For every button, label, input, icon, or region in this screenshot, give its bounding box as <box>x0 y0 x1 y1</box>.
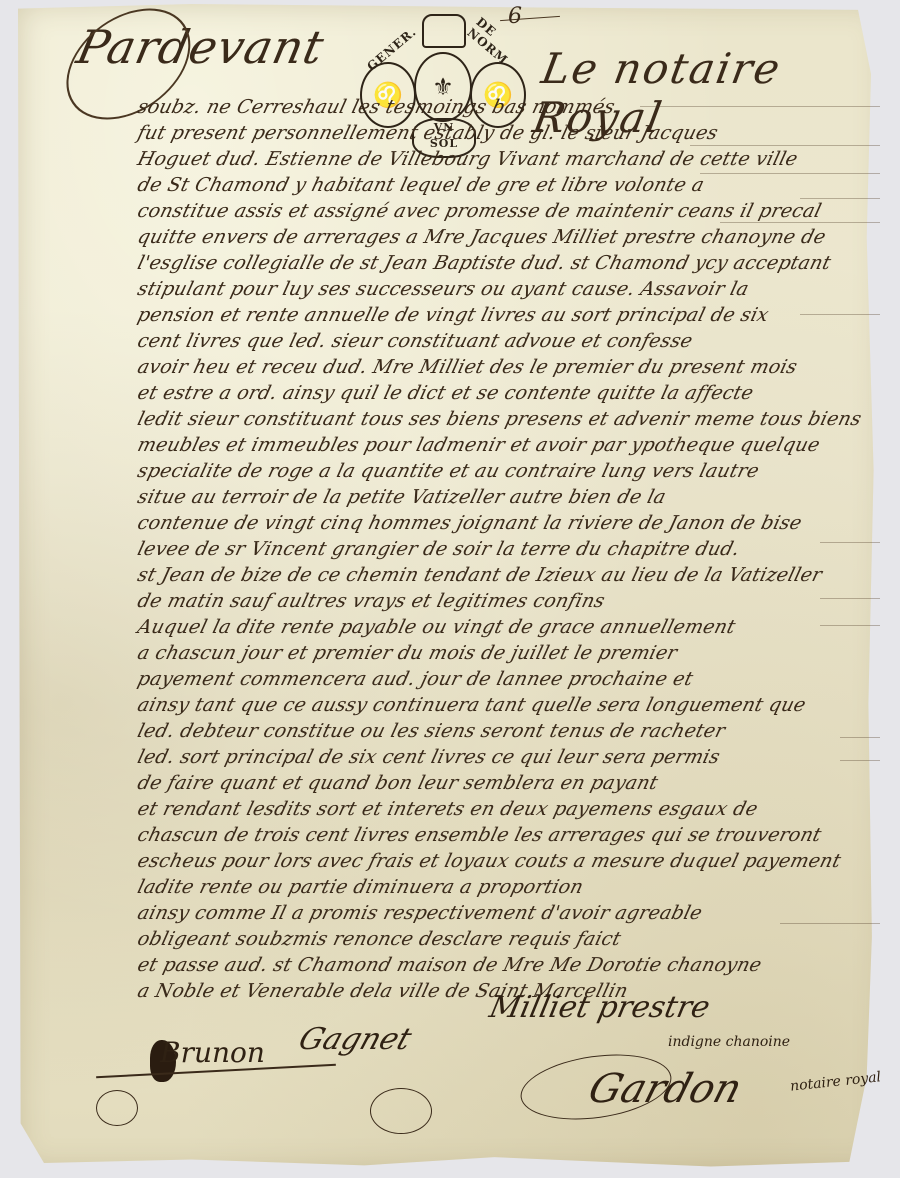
flourish-loop-icon <box>96 1090 138 1126</box>
signature-gardon: Gardon <box>583 1066 747 1112</box>
signature-gagnet: Gagnet <box>294 1022 416 1057</box>
signature-indigne-chanoine: indigne chanoine <box>668 1034 790 1050</box>
signature-brunon: Brunon <box>160 1036 265 1069</box>
flourish-loop-icon <box>370 1088 432 1134</box>
signature-milliet: Milliet prestre <box>486 990 713 1025</box>
